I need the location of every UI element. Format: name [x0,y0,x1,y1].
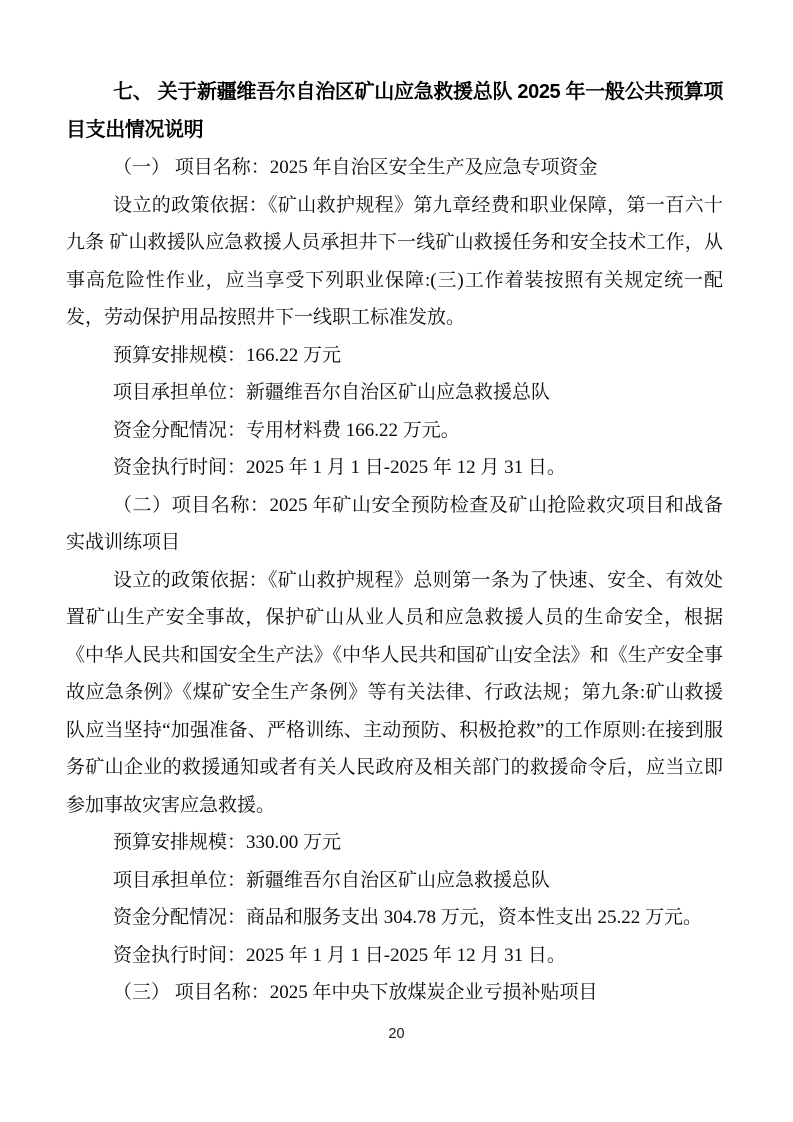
project-2-policy-basis: 设立的政策依据：《矿山救护规程》总则第一条为了快速、安全、有效处置矿山生产安全事… [66,562,723,825]
document-content: 七、 关于新疆维吾尔自治区矿山应急救援总队 2025 年一般公共预算项目支出情况… [66,74,723,1012]
project-2-budget-scale: 预算安排规模：330.00 万元 [66,824,723,862]
project-1-undertaker: 项目承担单位：新疆维吾尔自治区矿山应急救援总队 [66,374,723,412]
project-2-execution-period: 资金执行时间：2025 年 1 月 1 日-2025 年 12 月 31 日。 [66,937,723,975]
project-2-undertaker: 项目承担单位：新疆维吾尔自治区矿山应急救援总队 [66,862,723,900]
project-2-name: （二）项目名称：2025 年矿山安全预防检查及矿山抢险救灾项目和战备实战训练项目 [66,487,723,562]
project-1-fund-allocation: 资金分配情况：专用材料费 166.22 万元。 [66,412,723,450]
project-2-fund-allocation: 资金分配情况：商品和服务支出 304.78 万元，资本性支出 25.22 万元。 [66,899,723,937]
project-3-name: （三） 项目名称：2025 年中央下放煤炭企业亏损补贴项目 [66,974,723,1012]
document-page: 七、 关于新疆维吾尔自治区矿山应急救援总队 2025 年一般公共预算项目支出情况… [0,0,793,1122]
project-1-budget-scale: 预算安排规模：166.22 万元 [66,337,723,375]
project-1-name: （一） 项目名称：2025 年自治区安全生产及应急专项资金 [66,149,723,187]
page-number: 20 [0,1026,793,1042]
section-heading: 七、 关于新疆维吾尔自治区矿山应急救援总队 2025 年一般公共预算项目支出情况… [66,74,723,149]
project-1-execution-period: 资金执行时间：2025 年 1 月 1 日-2025 年 12 月 31 日。 [66,449,723,487]
project-1-policy-basis: 设立的政策依据：《矿山救护规程》第九章经费和职业保障，第一百六十九条 矿山救援队… [66,187,723,337]
